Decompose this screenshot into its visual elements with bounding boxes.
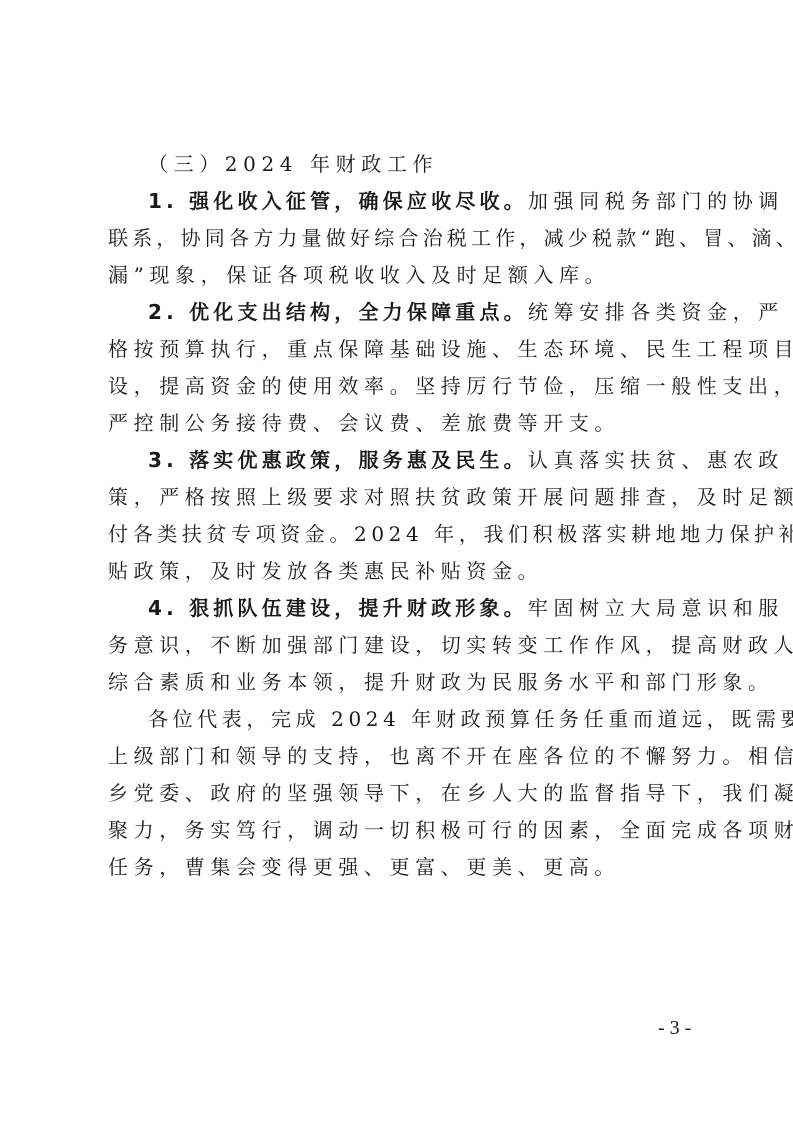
paragraph-line: 漏”现象，保证各项税收收入及时足额入库。 — [108, 257, 698, 294]
page-number: - 3 - — [658, 1017, 691, 1040]
paragraph-line: 联系，协同各方力量做好综合治税工作，减少税款“跑、冒、滴、 — [108, 220, 698, 257]
paragraph-text: 认真落实扶贫、惠农政 — [528, 448, 784, 472]
paragraph-line: 贴政策，及时发放各类惠民补贴资金。 — [108, 553, 698, 590]
closing-paragraph: 各位代表，完成 2024 年财政预算任务任重而道远，既需要 上级部门和领导的支持… — [108, 701, 698, 886]
paragraph-1: 1. 强化收入征管，确保应收尽收。加强同税务部门的协调 联系，协同各方力量做好综… — [108, 183, 698, 294]
document-page: （三）2024 年财政工作 1. 强化收入征管，确保应收尽收。加强同税务部门的协… — [0, 0, 793, 1122]
document-body: （三）2024 年财政工作 1. 强化收入征管，确保应收尽收。加强同税务部门的协… — [108, 146, 698, 886]
paragraph-line: 策，严格按照上级要求对照扶贫政策开展问题排查，及时足额拨 — [108, 479, 698, 516]
paragraph-first-line: 3. 落实优惠政策，服务惠及民生。认真落实扶贫、惠农政 — [108, 442, 698, 479]
paragraph-line: 设，提高资金的使用效率。坚持厉行节俭，压缩一般性支出，从 — [108, 368, 698, 405]
paragraph-heading: 2. 优化支出结构，全力保障重点。 — [148, 300, 528, 324]
paragraph-text: 加强同税务部门的协调 — [528, 189, 784, 213]
closing-line: 上级部门和领导的支持，也离不开在座各位的不懈努力。相信在 — [108, 738, 698, 775]
paragraph-line: 严控制公务接待费、会议费、差旅费等开支。 — [108, 405, 698, 442]
paragraph-first-line: 2. 优化支出结构，全力保障重点。统筹安排各类资金，严 — [108, 294, 698, 331]
closing-line: 聚力，务实笃行，调动一切积极可行的因素，全面完成各项财税 — [108, 812, 698, 849]
closing-line: 各位代表，完成 2024 年财政预算任务任重而道远，既需要 — [108, 701, 698, 738]
paragraph-line: 务意识，不断加强部门建设，切实转变工作作风，提高财政人员 — [108, 627, 698, 664]
paragraph-text: 统筹安排各类资金，严 — [528, 300, 784, 324]
paragraph-4: 4. 狠抓队伍建设，提升财政形象。牢固树立大局意识和服 务意识，不断加强部门建设… — [108, 590, 698, 701]
paragraph-line: 综合素质和业务本领，提升财政为民服务水平和部门形象。 — [108, 664, 698, 701]
paragraph-3: 3. 落实优惠政策，服务惠及民生。认真落实扶贫、惠农政 策，严格按照上级要求对照… — [108, 442, 698, 590]
paragraph-heading: 1. 强化收入征管，确保应收尽收。 — [148, 189, 528, 213]
paragraph-heading: 4. 狠抓队伍建设，提升财政形象。 — [148, 596, 528, 620]
paragraph-first-line: 1. 强化收入征管，确保应收尽收。加强同税务部门的协调 — [108, 183, 698, 220]
paragraph-first-line: 4. 狠抓队伍建设，提升财政形象。牢固树立大局意识和服 — [108, 590, 698, 627]
closing-line: 任务，曹集会变得更强、更富、更美、更高。 — [108, 849, 698, 886]
paragraph-heading: 3. 落实优惠政策，服务惠及民生。 — [148, 448, 528, 472]
paragraph-2: 2. 优化支出结构，全力保障重点。统筹安排各类资金，严 格按预算执行，重点保障基… — [108, 294, 698, 442]
closing-line: 乡党委、政府的坚强领导下，在乡人大的监督指导下，我们凝心 — [108, 775, 698, 812]
paragraph-line: 格按预算执行，重点保障基础设施、生态环境、民生工程项目建 — [108, 331, 698, 368]
section-heading: （三）2024 年财政工作 — [108, 146, 698, 183]
paragraph-line: 付各类扶贫专项资金。2024 年，我们积极落实耕地地力保护补 — [108, 516, 698, 553]
paragraph-text: 牢固树立大局意识和服 — [528, 596, 784, 620]
